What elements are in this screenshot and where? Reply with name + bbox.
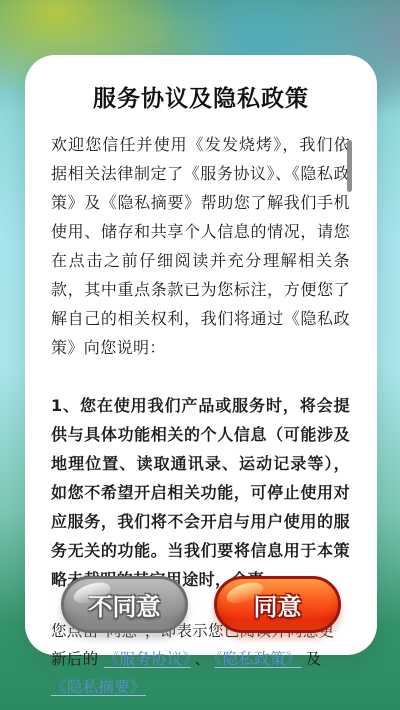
policy-paragraph-item1: 1、您在使用我们产品或服务时，将会提供与具体功能相关的个人信息（可能涉及地理位置… [51, 391, 350, 594]
dialog-button-row: 不同意 同意 [25, 576, 377, 633]
policy-text-area[interactable]: 欢迎您信任并使用《发发烧烤》，我们依据相关法律制定了《服务协议》、《隐私政策》及… [51, 130, 350, 594]
policy-paragraph-intro: 欢迎您信任并使用《发发烧烤》，我们依据相关法律制定了《服务协议》、《隐私政策》及… [51, 130, 350, 362]
link-separator-comma: 、 [195, 650, 211, 668]
service-agreement-link[interactable]: 《服务协议》 [104, 650, 191, 668]
link-separator-and: 及 [306, 650, 322, 668]
privacy-summary-link[interactable]: 《隐私摘要》 [51, 678, 146, 696]
blurred-game-background: 服务协议及隐私政策 欢迎您信任并使用《发发烧烤》，我们依据相关法律制定了《服务协… [0, 0, 400, 710]
privacy-policy-link[interactable]: 《隐私政策》 [215, 650, 302, 668]
privacy-policy-dialog: 服务协议及隐私政策 欢迎您信任并使用《发发烧烤》，我们依据相关法律制定了《服务协… [25, 55, 377, 655]
scrollbar-thumb[interactable] [347, 140, 352, 192]
disagree-button[interactable]: 不同意 [61, 576, 188, 633]
dialog-title: 服务协议及隐私政策 [45, 80, 357, 113]
agree-button[interactable]: 同意 [214, 576, 341, 633]
